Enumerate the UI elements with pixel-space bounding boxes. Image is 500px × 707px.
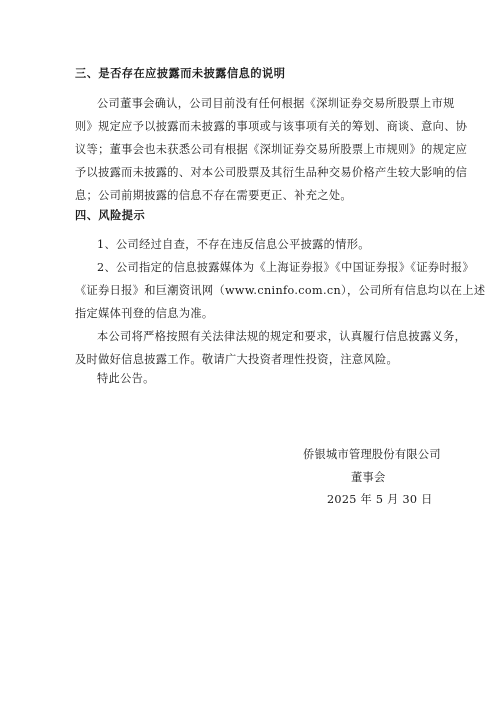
risk-item-1: 1、公司经过自查，不存在违反信息公平披露的情形。 — [97, 238, 457, 252]
section-4-heading: 四、风险提示 — [75, 208, 435, 222]
section-3-paragraph-line: 息；公司前期披露的信息不存在需要更正、补充之处。 — [75, 189, 435, 203]
signature-date: 2025 年 5 月 30 日 — [327, 493, 433, 507]
risk-item-3-line: 本公司将严格按照有关法律法规的规定和要求，认真履行信息披露义务， — [97, 330, 457, 344]
section-3-paragraph-line: 予以披露而未披露的、对本公司股票及其衍生品种交易价格产生较大影响的信 — [75, 166, 435, 180]
document-page: 三、是否存在应披露而未披露信息的说明 公司董事会确认，公司目前没有任何根据《深圳… — [0, 0, 500, 707]
risk-item-2-line: 《证券日报》和巨潮资讯网（www.cninfo.com.cn），公司所有信息均以… — [75, 284, 435, 298]
risk-item-2-line: 2、公司指定的信息披露媒体为《上海证券报》《中国证券报》《证券时报》 — [97, 261, 457, 275]
section-3-paragraph-line: 则》规定应予以披露而未披露的事项或与该事项有关的筹划、商谈、意向、协 — [75, 120, 435, 134]
risk-item-2-line: 指定媒体刊登的信息为准。 — [75, 307, 435, 321]
closing-statement: 特此公告。 — [97, 372, 457, 386]
section-3-paragraph-line: 公司董事会确认，公司目前没有任何根据《深圳证券交易所股票上市规 — [97, 97, 457, 111]
signature-company: 侨银城市管理股份有限公司 — [303, 448, 441, 462]
signature-board: 董事会 — [351, 471, 385, 485]
section-3-paragraph-line: 议等；董事会也未获悉公司有根据《深圳证券交易所股票上市规则》的规定应 — [75, 143, 435, 157]
risk-item-3-line: 及时做好信息披露工作。敬请广大投资者理性投资，注意风险。 — [75, 353, 435, 367]
section-3-heading: 三、是否存在应披露而未披露信息的说明 — [75, 66, 435, 80]
